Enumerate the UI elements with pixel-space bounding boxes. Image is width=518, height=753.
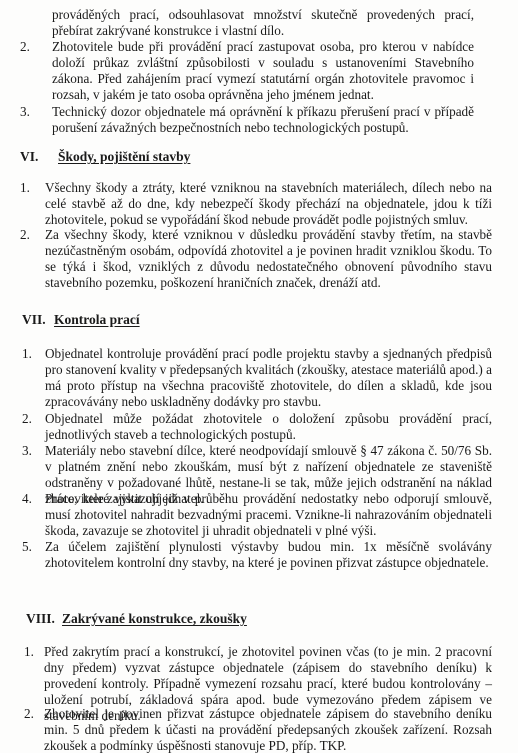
section-number: VI. [20,149,58,165]
item-number: 1. [24,644,34,660]
item-text: Za všechny škody, které vzniknou v důsle… [45,227,492,291]
item-number: 4. [22,491,32,507]
section-number: VIII. [26,611,62,627]
item-text: Zhotovitel je povinen přizvat zástupce o… [44,706,492,753]
item-text: Objednatel kontroluje provádění prací po… [45,346,492,410]
item-number: 2. [24,706,34,722]
item-text: Technický dozor objednatele má oprávnění… [52,104,474,136]
document-page: prováděných prací, odsouhlasovat množstv… [0,0,518,753]
item-number: 3. [20,104,30,120]
section-heading-vii: VII.Kontrola prací [22,312,140,328]
item-text: Objednatel může požádat zhotovitele o do… [45,411,492,443]
section-heading-viii: VIII.Zakrývané konstrukce, zkoušky [26,611,247,627]
item-number: 2. [20,227,30,243]
section-title: Škody, pojištění stavby [58,149,190,164]
item-text: Všechny škody a ztráty, které vzniknou n… [45,180,492,228]
section-heading-vi: VI.Škody, pojištění stavby [20,149,190,165]
item-text: Práce, které vykazují již v průběhu prov… [45,491,492,539]
item-number: 1. [22,346,32,362]
item-number: 3. [22,443,32,459]
item-number: 2. [22,411,32,427]
item-text: Za účelem zajištění plynulosti výstavby … [45,539,492,571]
section-title: Zakrývané konstrukce, zkoušky [62,611,247,626]
item-number: 2. [20,39,30,55]
item-number: 5. [22,539,32,555]
continuation-paragraph: prováděných prací, odsouhlasovat množstv… [52,7,474,39]
section-title: Kontrola prací [54,312,140,327]
section-number: VII. [22,312,54,328]
item-number: 1. [20,180,30,196]
item-text: Zhotovitele bude při provádění prací zas… [52,39,474,103]
